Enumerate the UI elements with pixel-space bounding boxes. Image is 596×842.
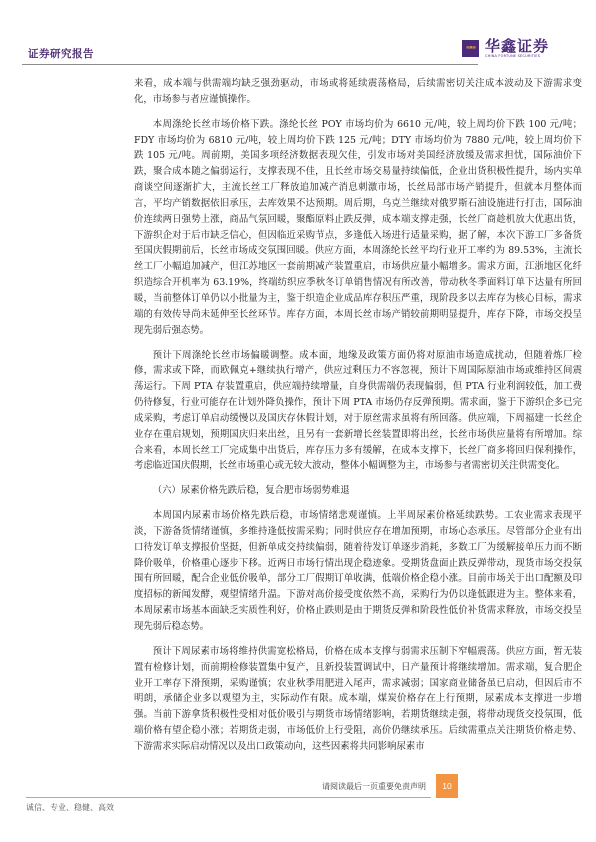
footer-divider (26, 797, 431, 798)
company-logo: ᵚᵚ 华鑫证券 CHINA FORTUNE SECURITIES (462, 38, 549, 58)
section-heading-urea: （六）尿素价格先跌后稳，复合肥市场弱势难退 (134, 483, 582, 499)
logo-mark-icon: ᵚᵚ (462, 40, 479, 57)
paragraph-urea-this-week: 本周国内尿素市场价格先跌后稳，市场情绪悲观谨慎。上半周尿素价格延续跌势。工农业需… (134, 508, 582, 635)
paragraph-continuation: 来看，成本端与供需端均缺乏强劲驱动，市场或将延续震荡格局，后续需密切关注成本波动… (134, 76, 582, 108)
paragraph-polyester-filament-this-week: 本周涤纶长丝市场价格下跌。涤纶长丝 POY 市场均价为 6610 元/吨，较上周… (134, 117, 582, 339)
report-body: 来看，成本端与供需端均缺乏强劲驱动，市场或将延续震荡格局，后续需密切关注成本波动… (134, 76, 582, 764)
header-divider (22, 64, 478, 65)
paragraph-polyester-filament-forecast: 预计下周涤纶长丝市场偏暖调整。成本面，地缘及政策方面仍将对原油市场造成扰动，但随… (134, 348, 582, 475)
page-number-badge: 10 (436, 774, 458, 798)
logo-name-en: CHINA FORTUNE SECURITIES (485, 54, 549, 58)
footer-motto: 诚信、专业、稳健、高效 (26, 802, 114, 813)
paragraph-urea-forecast: 预计下周尿素市场将维持供需宽松格局，价格在成本支撑与弱需求压制下窄幅震荡。供应方… (134, 644, 582, 755)
report-type-title: 证券研究报告 (28, 46, 94, 61)
disclaimer-notice: 请阅读最后一页重要免责声明 (322, 781, 426, 792)
logo-text: 华鑫证券 CHINA FORTUNE SECURITIES (485, 38, 549, 58)
logo-name-cn: 华鑫证券 (485, 38, 549, 54)
